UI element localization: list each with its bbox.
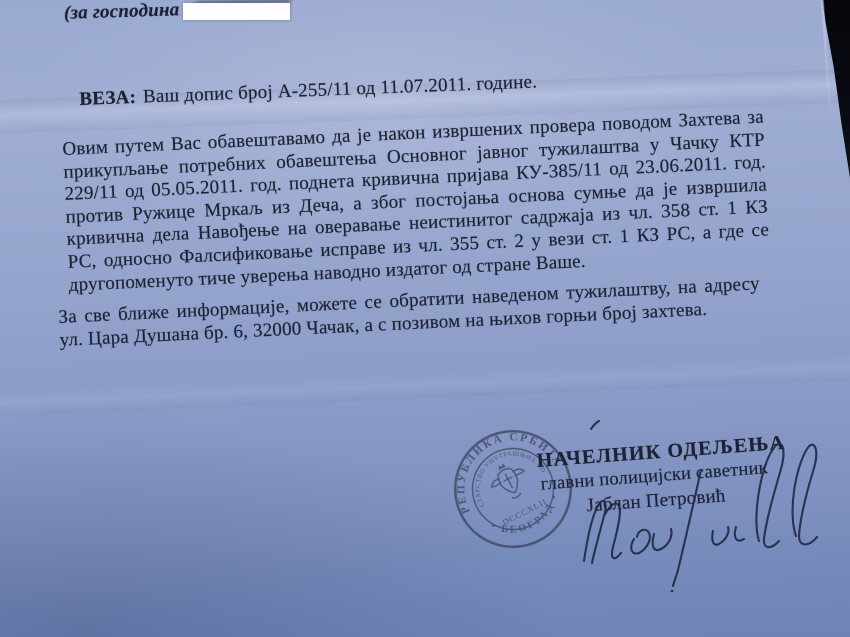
reference-label: ВЕЗА: [79,87,136,110]
fold-crease-bottom [0,353,850,417]
reference-line: ВЕЗА:Ваш допис број А-255/11 од 11.07.20… [79,71,538,111]
body-paragraph-1: Овим путем Вас обавештавамо да је након … [62,107,771,297]
document-photo: (за господина ВЕЗА:Ваш допис број А-255/… [0,0,850,637]
redaction-box [183,3,290,20]
handwritten-addressee-note: (за господина [64,0,180,25]
reference-text: Ваш допис број А-255/11 од 11.07.2011. г… [143,71,538,107]
